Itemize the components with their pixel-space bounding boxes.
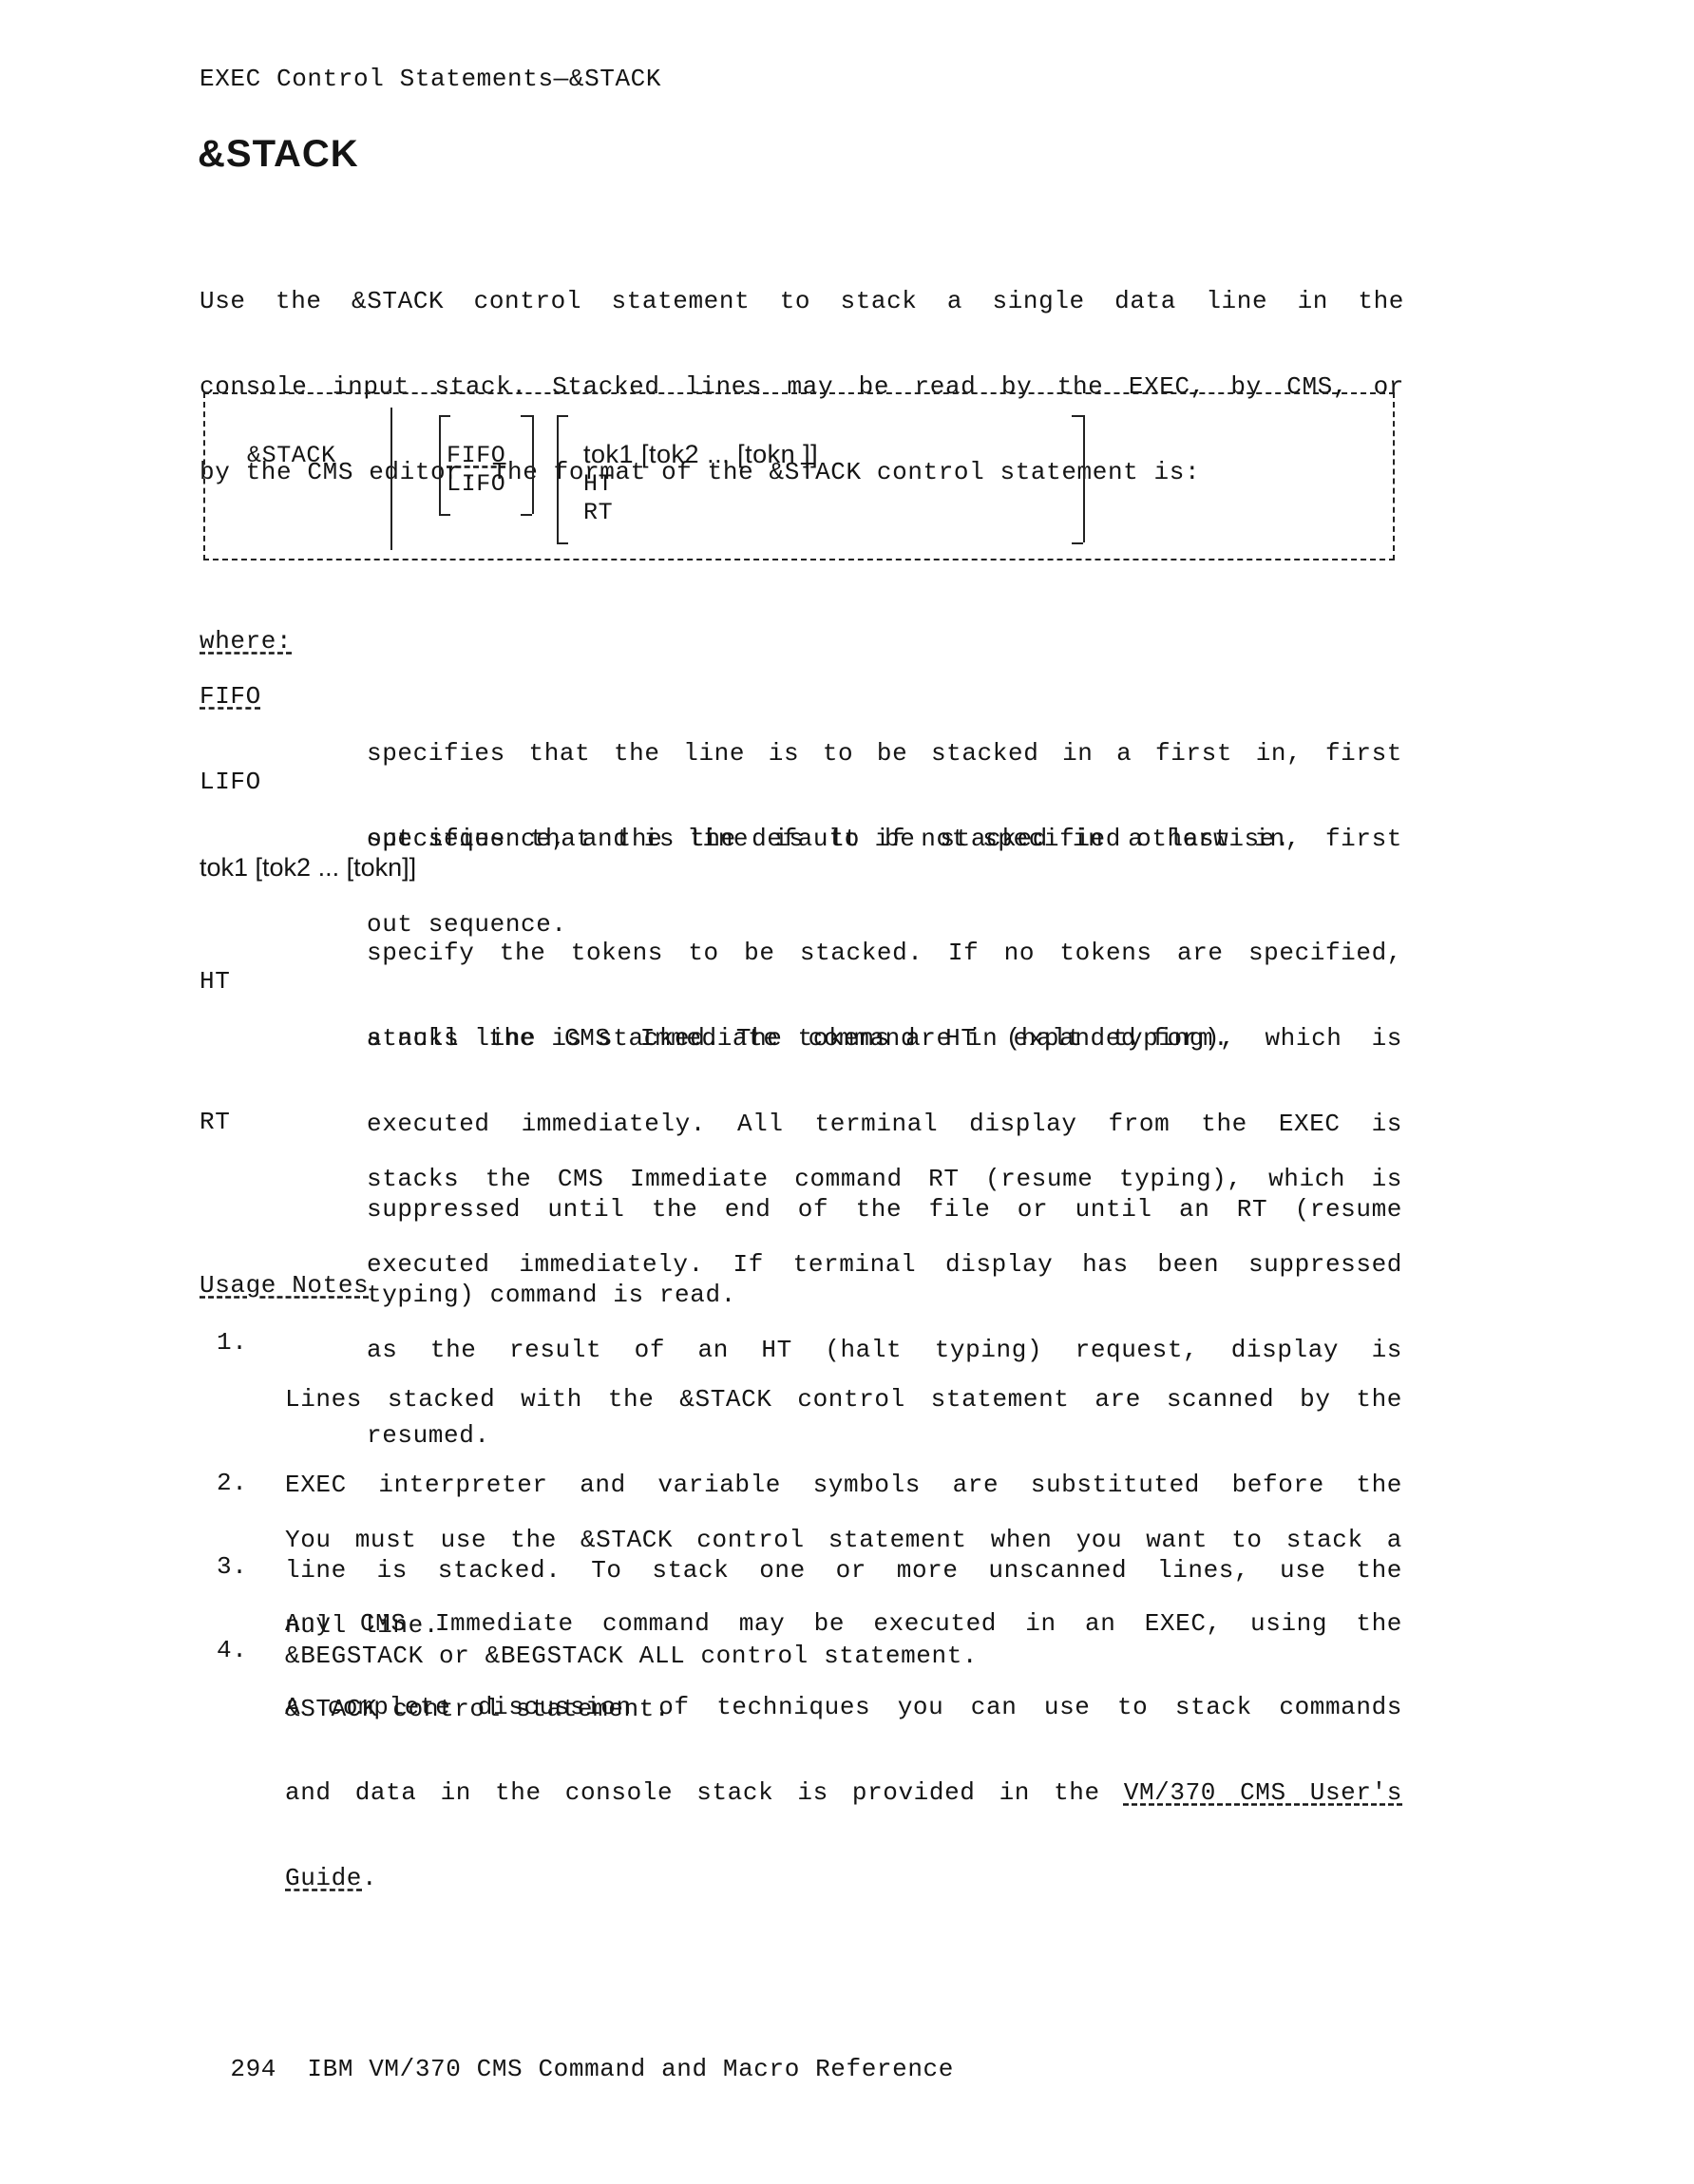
syntax-command: &STACK [247,442,336,470]
syntax-divider [390,408,392,550]
brace-corner [557,542,568,546]
running-head: EXEC Control Statements—&STACK [200,65,661,93]
syntax-operand-ht: HT [583,470,613,499]
note-line: You must use the &STACK control statemen… [285,1526,1402,1554]
note-line: A complete discussion of techniques you … [285,1693,1402,1721]
brace-corner [1072,415,1083,419]
footer-book-title: IBM VM/370 CMS Command and Macro Referen… [307,2055,954,2083]
brace-corner [439,514,450,518]
usage-notes-heading: Usage Notes [200,1271,369,1300]
definition-term-ht: HT [200,967,230,996]
desc-line: executed immediately. If terminal displa… [367,1250,1402,1279]
brace-corner [557,415,568,419]
page-footer: 294 IBM VM/370 CMS Command and Macro Ref… [200,2026,954,2083]
desc-line: stacks the CMS Immediate command HT (hal… [367,1024,1402,1053]
syntax-box: &STACK FIFO LIFO tok1 [tok2 ... [tokn ]]… [203,392,1395,560]
note-line-text: and data in the console stack is provide… [285,1778,1100,1807]
definition-term-rt: RT [200,1108,230,1136]
brace-corner [1072,542,1083,546]
desc-line: stacks the CMS Immediate command RT (res… [367,1165,1402,1193]
note-line: Any CMS Immediate command may be execute… [285,1609,1402,1638]
syntax-option-fifo: FIFO [447,442,505,470]
note-line: Lines stacked with the &STACK control st… [285,1385,1402,1414]
note-line: Guide. [285,1864,1402,1892]
definition-term-lifo: LIFO [200,768,261,796]
desc-line: specifies that the line is to be stacked… [367,739,1402,768]
definition-term-fifo: FIFO [200,682,261,711]
syntax-operand-tokens: tok1 [tok2 ... [tokn ]] [583,440,818,468]
page-title: &STACK [198,133,359,176]
definition-term-tokens: tok1 [tok2 ... [tokn]] [200,853,416,882]
note-number: 3. [217,1552,247,1581]
note-number: 2. [217,1469,247,1497]
usage-note-4: A complete discussion of techniques you … [285,1636,1402,1949]
syntax-option-lifo: LIFO [447,470,505,499]
note-number: 1. [217,1328,247,1357]
desc-line: specify the tokens to be stacked. If no … [367,939,1402,967]
syntax-operand-rt: RT [583,499,613,527]
where-label: where: [200,627,292,655]
book-title-reference-cont: Guide [285,1864,362,1892]
brace-corner [521,415,532,419]
note-number: 4. [217,1636,247,1664]
intro-line: Use the &STACK control statement to stac… [200,287,1404,315]
page-number: 294 [230,2055,276,2083]
desc-line: specifies that the line is to be stacked… [367,825,1402,853]
brace-corner [439,415,450,419]
brace-corner [521,514,532,518]
book-title-reference: VM/370 CMS User's [1124,1778,1402,1807]
note-line: and data in the console stack is provide… [285,1778,1402,1807]
operand-brace [557,415,1085,542]
